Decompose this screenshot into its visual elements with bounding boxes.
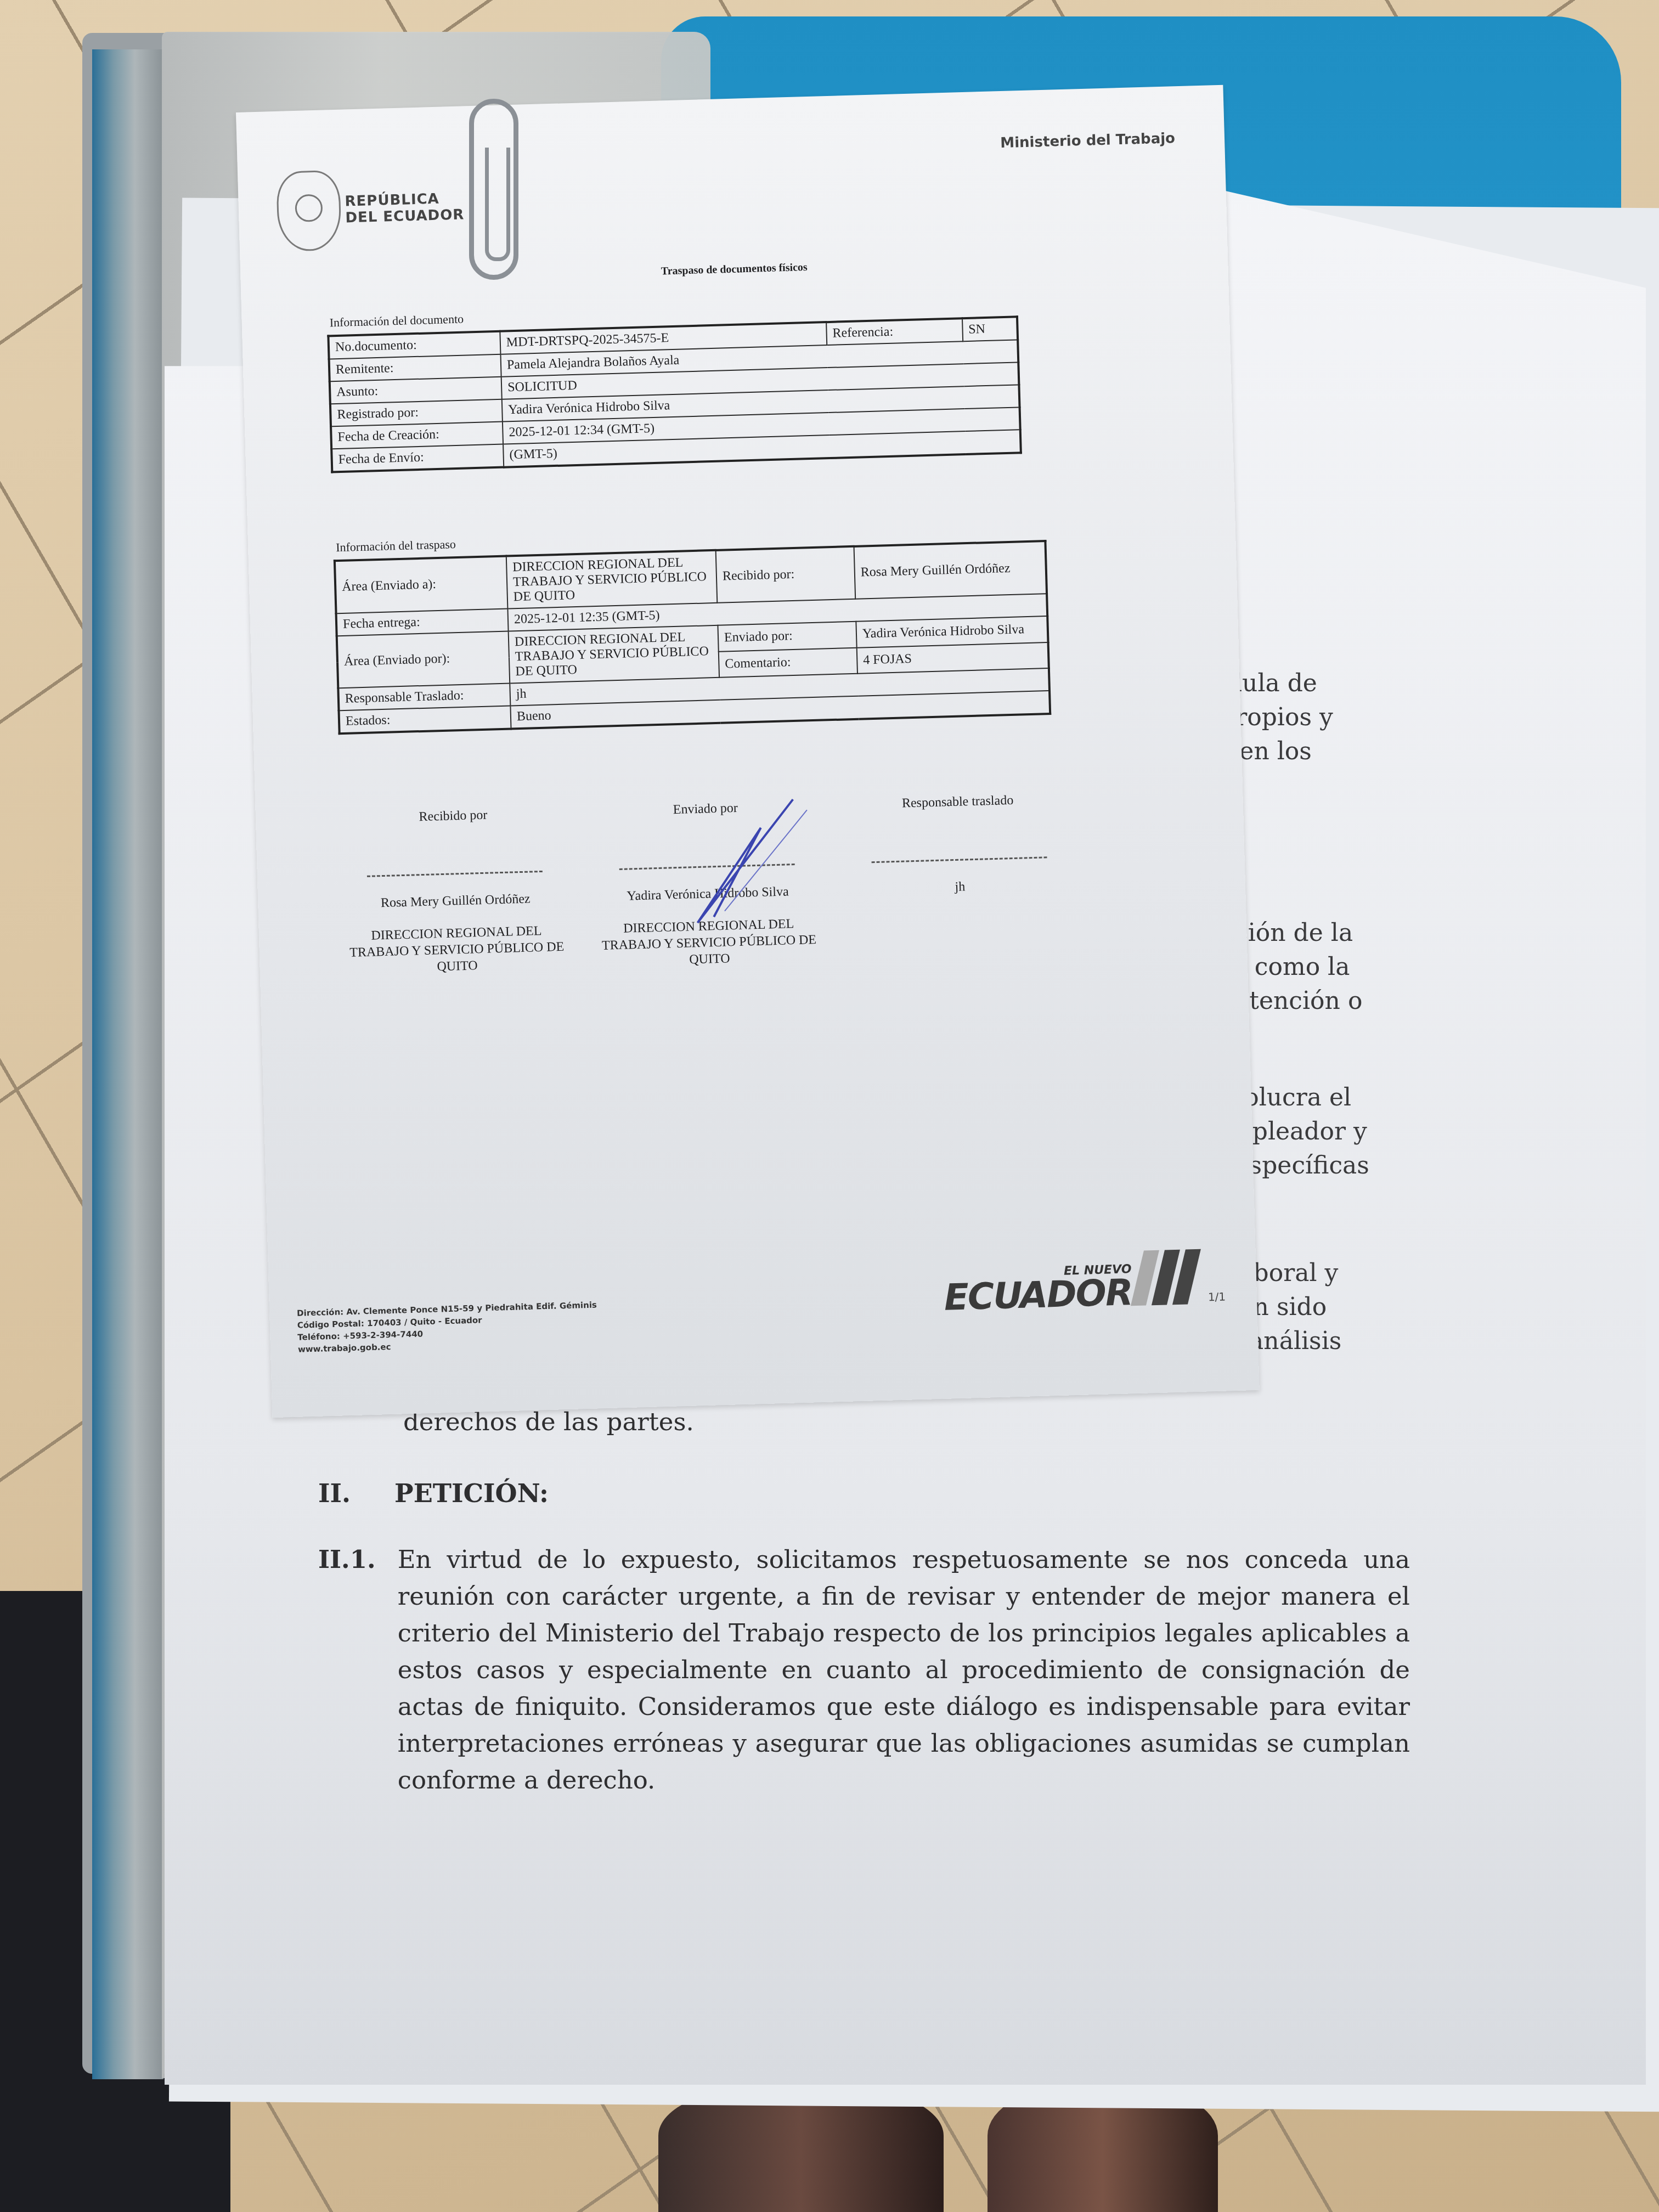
republica-ecuador-logo: REPÚBLICA DEL ECUADOR [276,166,465,251]
el-nuevo-ecuador-logo: EL NUEVO ECUADOR 1/1 [943,1249,1226,1314]
slip-title: Traspaso de documentos físicos [240,250,1228,290]
binder-spine [92,49,163,2079]
flag-bars-icon [1131,1249,1201,1306]
coat-of-arms-icon [276,170,342,252]
ministry-name: Ministerio del Trabajo [1000,130,1175,151]
document-info-table: No.documento: MDT-DRTSPQ-2025-34575-E Re… [327,315,1022,473]
petition-section: II. PETICIÓN: II.1. En virtud de lo expu… [318,1479,1410,1798]
doc-info-label: Información del documento [329,312,464,330]
petition-paragraph: II.1. En virtud de lo expuesto, solicita… [318,1541,1410,1798]
transfer-info-label: Información del traspaso [336,537,456,555]
footer-address: Dirección: Av. Clemente Ponce N15-59 y P… [297,1299,598,1355]
handwritten-signature-icon [678,793,819,934]
transfer-slip: REPÚBLICA DEL ECUADOR Ministerio del Tra… [236,85,1260,1418]
section-heading: II. PETICIÓN: [318,1479,1410,1508]
signature-line [872,856,1047,863]
page-number: 1/1 [1208,1290,1226,1304]
paperclip-icon [469,99,518,280]
signature-block-responsible: Responsable traslado jh [848,792,1071,963]
signature-line [367,871,543,877]
signature-block-received: Recibido por Rosa Mery Guillén Ordóñez D… [343,806,567,978]
transfer-info-table: Área (Enviado a): DIRECCION REGIONAL DEL… [334,540,1051,735]
